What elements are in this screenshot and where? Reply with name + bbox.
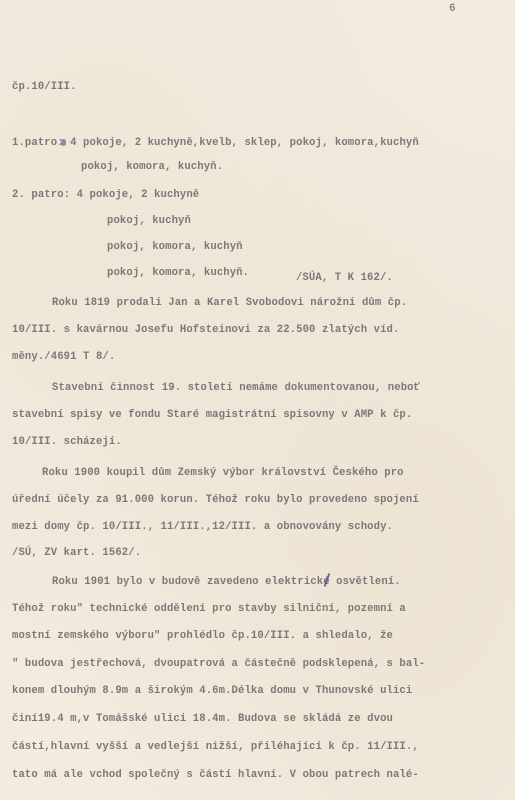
floor-1-line-1: 1.patro: 4 pokoje, 2 kuchyně,kvelb, skle… bbox=[12, 136, 419, 150]
paragraph-3-line-4: /SÚ, ZV kart. 1562/. bbox=[12, 546, 141, 560]
paragraph-1-line-2: 10/III. s kavárnou Josefu Hofsteinovi za… bbox=[12, 323, 399, 337]
paragraph-2-line-3: 10/III. scházejí. bbox=[12, 435, 122, 449]
paragraph-4-line-7: částí,hlavní vyšší a vedlejší nižší, při… bbox=[12, 740, 419, 754]
paragraph-3-line-1: Roku 1900 koupil dům Zemský výbor králov… bbox=[42, 466, 404, 480]
floor-2-line-4: pokoj, komora, kuchyň. bbox=[107, 266, 249, 280]
floor-2-line-1: 2. patro: 4 pokoje, 2 kuchyně bbox=[12, 188, 199, 202]
paragraph-3-line-3: mezi domy čp. 10/III., 11/III.,12/III. a… bbox=[12, 520, 393, 534]
paragraph-3-line-2: úřední účely za 91.000 korun. Téhož roku… bbox=[12, 493, 419, 507]
page-heading: čp.10/III. bbox=[12, 80, 77, 94]
floor-1-line-2: pokoj, komora, kuchyň. bbox=[81, 160, 223, 174]
paragraph-4-line-4: " budova jestřechová, dvoupatrová a část… bbox=[12, 657, 425, 671]
floor-1-rooms: : 4 pokoje, 2 kuchyně,kvelb, sklep, poko… bbox=[57, 137, 419, 149]
floor-2-line-2: pokoj, kuchyň bbox=[107, 214, 191, 228]
paragraph-1-line-1: Roku 1819 prodali Jan a Karel Svobodovi … bbox=[52, 296, 407, 310]
paragraph-4-line-5: konem dlouhým 8.9m a širokým 4.6m.Délka … bbox=[12, 684, 412, 698]
paragraph-2-line-1: Stavební činnost 19. století nemáme doku… bbox=[52, 381, 420, 395]
paragraph-1-line-3: měny./4691 T 8/. bbox=[12, 350, 115, 364]
paragraph-4-line-3: mostní zemského výboru" prohlédlo čp.10/… bbox=[12, 629, 393, 643]
paragraph-4-line-8: tato má ale vchod společný s částí hlavn… bbox=[12, 768, 419, 782]
paragraph-4-line-6: činí19.4 m,v Tomášské ulici 18.4m. Budov… bbox=[12, 712, 393, 726]
typewritten-page: 6 čp.10/III. 1.patro: 4 pokoje, 2 kuchyn… bbox=[0, 0, 515, 800]
page-number: 6 bbox=[449, 3, 456, 15]
pen-correction-mark bbox=[61, 139, 66, 146]
source-reference: /SÚA, T K 162/. bbox=[296, 271, 393, 285]
floor-1-label: 1.patro bbox=[12, 137, 57, 149]
paragraph-4-line-2: Téhož roku" technické oddělení pro stavb… bbox=[12, 602, 406, 616]
paragraph-4-line-1: Roku 1901 bylo v budově zavedeno elektri… bbox=[52, 575, 401, 589]
paragraph-2-line-2: stavební spisy ve fondu Staré magistrátn… bbox=[12, 408, 412, 422]
floor-2-line-3: pokoj, komora, kuchyň bbox=[107, 240, 243, 254]
